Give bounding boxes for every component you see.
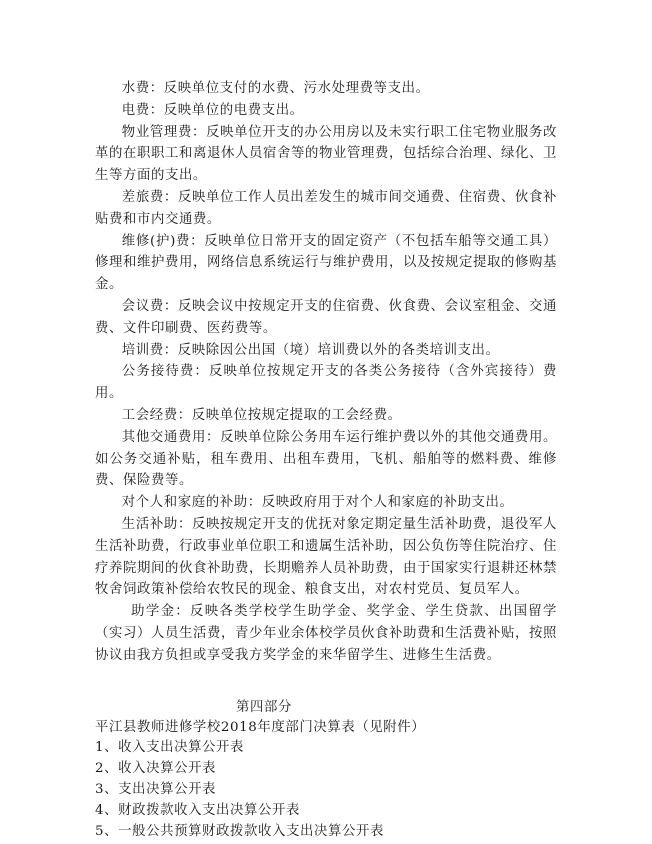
paragraph-maintenance-fee: 维修(护)费：反映单位日常开支的固定资产（不包括车船等交通工具）修理和维护费用，… bbox=[95, 231, 557, 296]
paragraph-electricity-fee: 电费：反映单位的电费支出。 bbox=[95, 100, 557, 122]
paragraph-stipend: 助学金：反映各类学校学生助学金、奖学金、学生贷款、出国留学（实习）人员生活费，青… bbox=[95, 601, 557, 666]
paragraph-other-transport-fee: 其他交通费用：反映单位除公务用车运行维护费以外的其他交通费用。如公务交通补贴，租… bbox=[95, 427, 557, 492]
document-page: 水费：反映单位支付的水费、污水处理费等支出。 电费：反映单位的电费支出。 物业管… bbox=[95, 78, 557, 842]
list-item: 5、一般公共预算财政拨款收入支出决算公开表 bbox=[95, 822, 557, 843]
paragraph-water-fee: 水费：反映单位支付的水费、污水处理费等支出。 bbox=[95, 78, 557, 100]
paragraph-meeting-fee: 会议费：反映会议中按规定开支的住宿费、伙食费、会议室租金、交通费、文件印刷费、医… bbox=[95, 296, 557, 340]
paragraph-reception-fee: 公务接待费：反映单位按规定开支的各类公务接待（含外宾接待）费用。 bbox=[95, 361, 557, 405]
list-item: 2、收入决算公开表 bbox=[95, 759, 557, 780]
list-item: 3、支出决算公开表 bbox=[95, 780, 557, 801]
list-item: 4、财政拨款收入支出决算公开表 bbox=[95, 801, 557, 822]
paragraph-property-fee: 物业管理费：反映单位开支的办公用房以及未实行职工住宅物业服务改革的在职职工和离退… bbox=[95, 122, 557, 187]
section-spacer bbox=[95, 667, 557, 697]
section-heading: 第四部分 bbox=[95, 697, 557, 718]
paragraph-training-fee: 培训费：反映除因公出国（境）培训费以外的各类培训支出。 bbox=[95, 340, 557, 362]
paragraph-travel-fee: 差旅费：反映单位工作人员出差发生的城市间交通费、住宿费、伙食补贴费和市内交通费。 bbox=[95, 187, 557, 231]
paragraph-personal-family-subsidy: 对个人和家庭的补助：反映政府用于对个人和家庭的补助支出。 bbox=[95, 492, 557, 514]
section-subtitle: 平江县教师进修学校2018年度部门决算表（见附件） bbox=[95, 718, 557, 739]
paragraph-union-fee: 工会经费：反映单位按规定提取的工会经费。 bbox=[95, 405, 557, 427]
list-item: 1、收入支出决算公开表 bbox=[95, 738, 557, 759]
paragraph-living-subsidy: 生活补助：反映按规定开支的优抚对象定期定量生活补助费，退役军人生活补助费，行政事… bbox=[95, 514, 557, 601]
